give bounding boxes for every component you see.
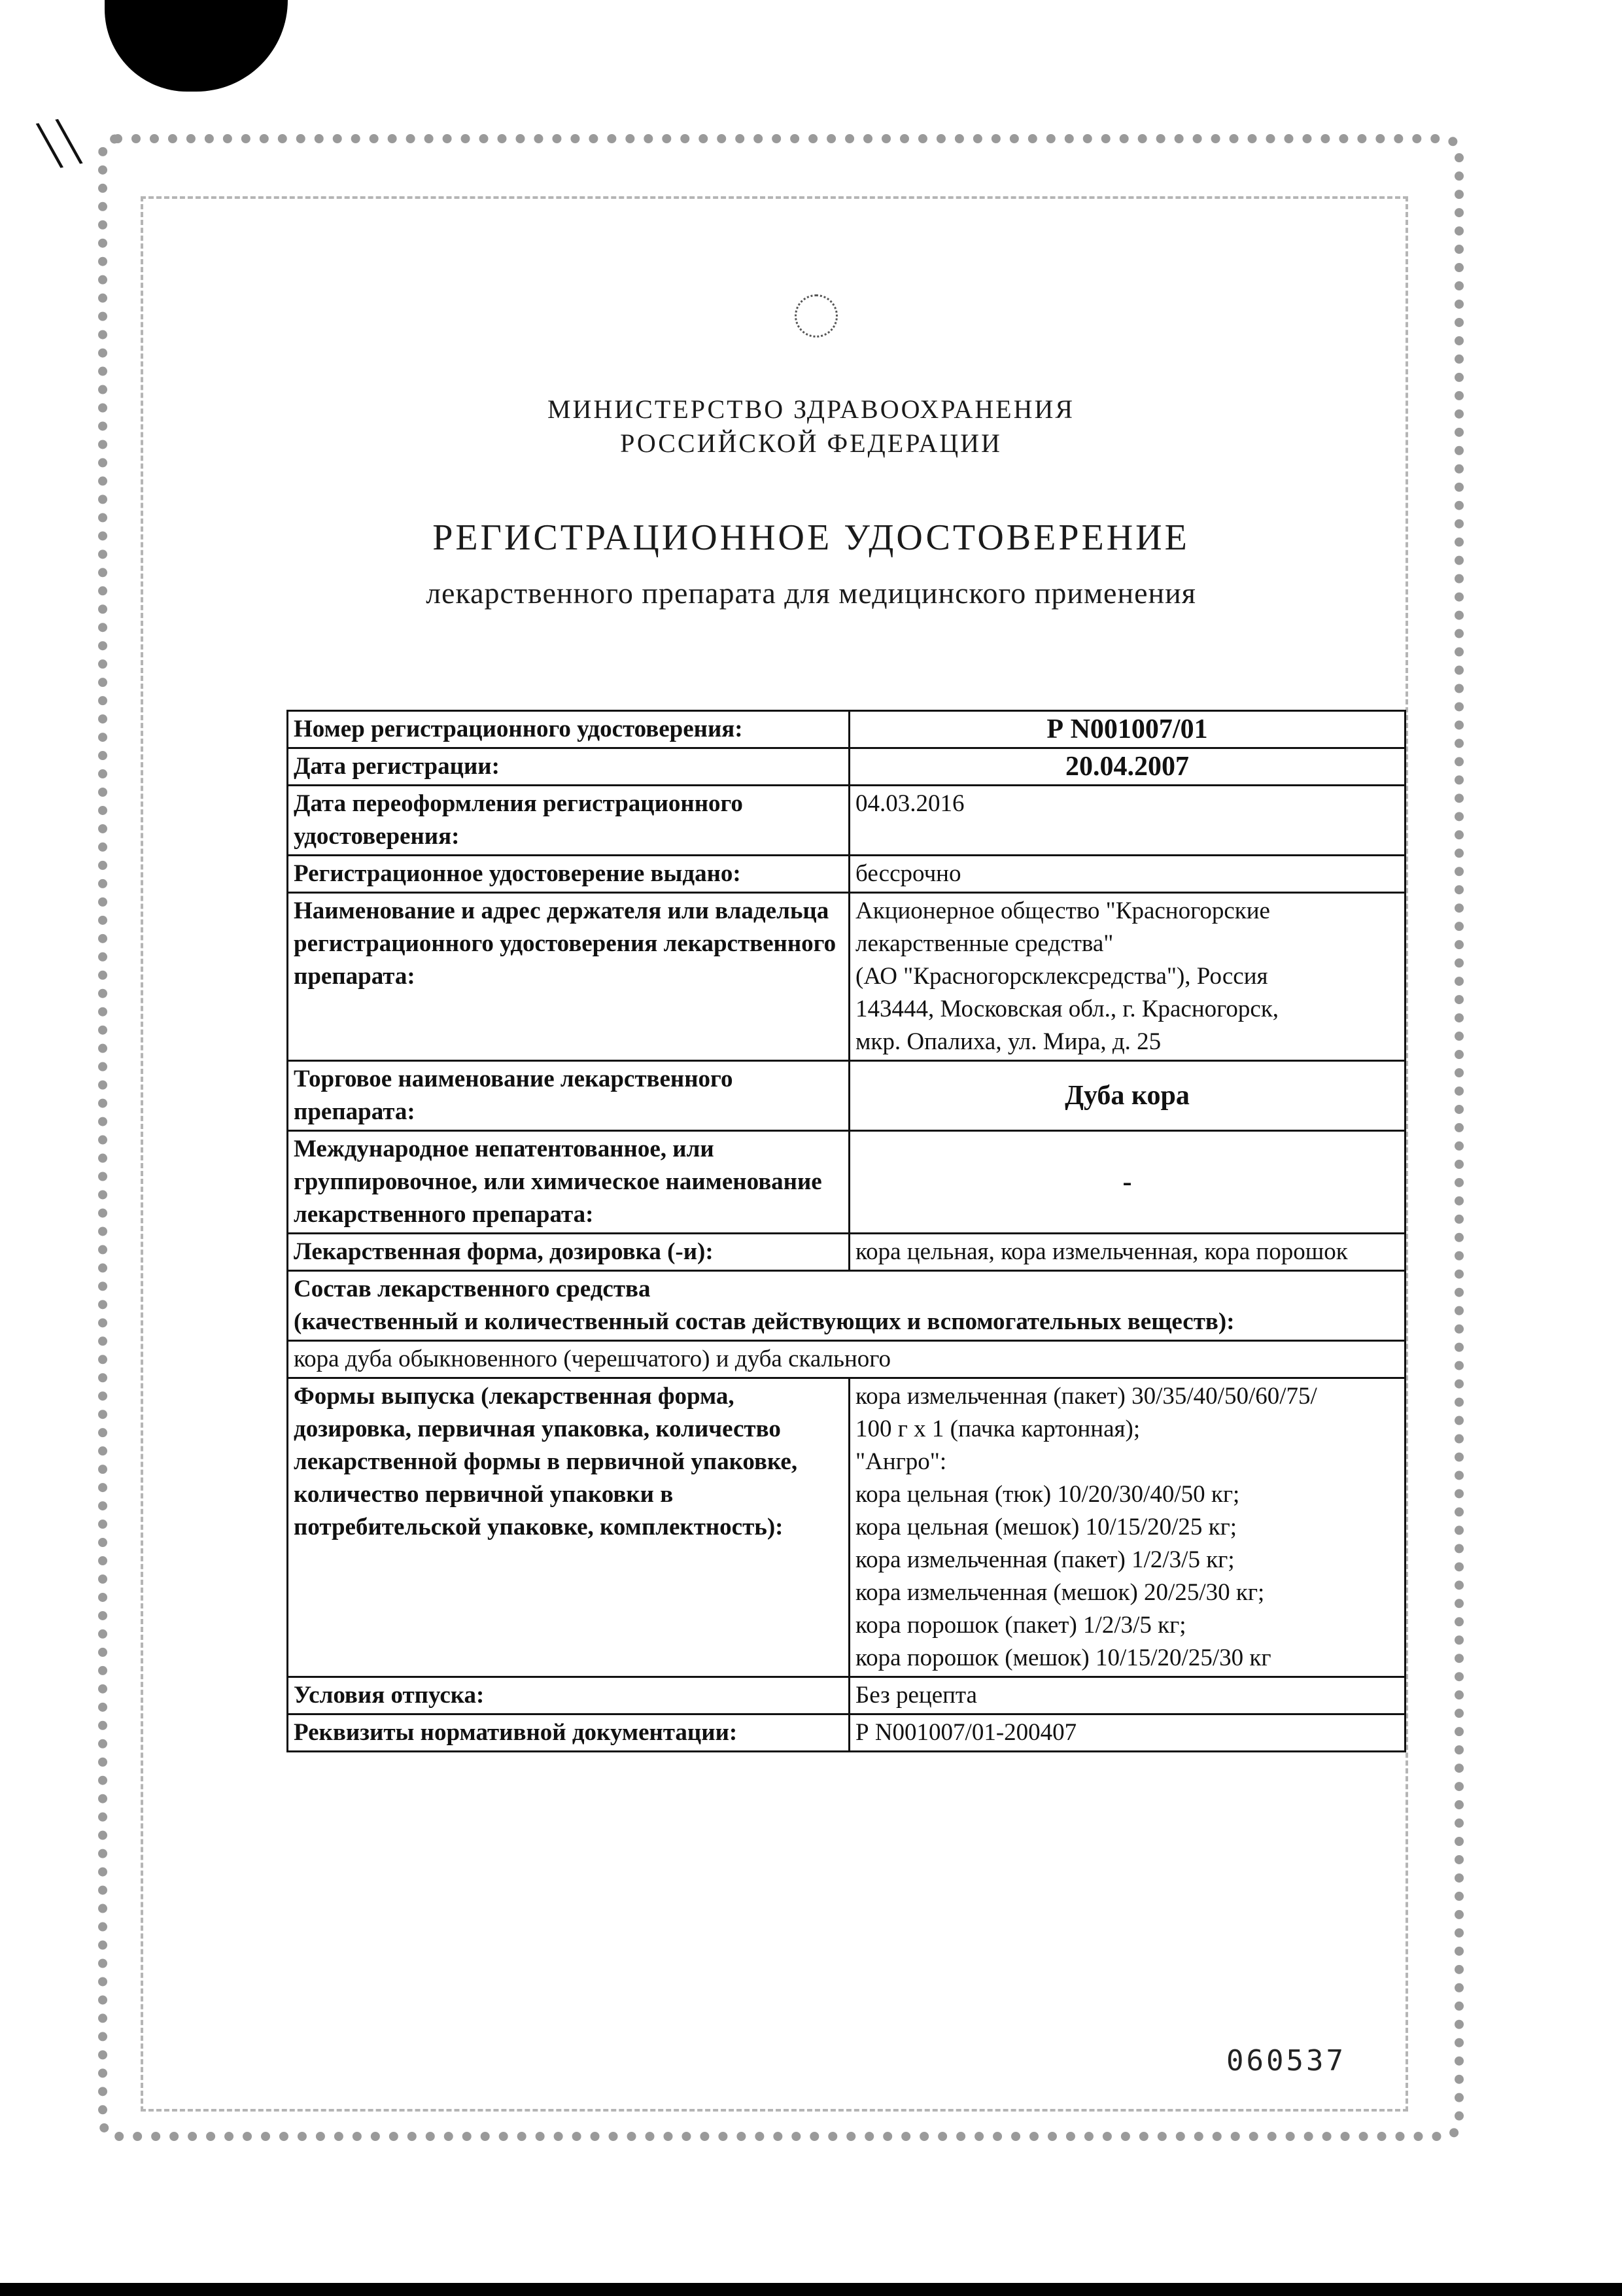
- release-form-line: кора цельная (мешок) 10/15/20/25 кг;: [855, 1511, 1399, 1544]
- release-form-line: кора цельная (тюк) 10/20/30/40/50 кг;: [855, 1478, 1399, 1511]
- row-inn: Международное непатентованное, или групп…: [288, 1131, 1406, 1234]
- label: Дата переоформления регистрационного удо…: [288, 786, 850, 856]
- label: Формы выпуска (лекарственная форма, дози…: [288, 1378, 850, 1677]
- row-reg-date: Дата регистрации: 20.04.2007: [288, 748, 1406, 786]
- holder-line: Акционерное общество "Красногорские: [855, 895, 1399, 928]
- row-reissue-date: Дата переоформления регистрационного удо…: [288, 786, 1406, 856]
- document-title: РЕГИСТРАЦИОННОЕ УДОСТОВЕРЕНИЕ: [0, 517, 1622, 559]
- reg-date-value: 20.04.2007: [850, 748, 1406, 786]
- document-subtitle: лекарственного препарата для медицинског…: [0, 576, 1622, 610]
- holder-line: мкр. Опалиха, ул. Мира, д. 25: [855, 1026, 1399, 1058]
- trade-name-value: Дуба кора: [850, 1061, 1406, 1131]
- row-dosage-form: Лекарственная форма, дозировка (-и): кор…: [288, 1234, 1406, 1271]
- ministry-line-1: МИНИСТЕРСТВО ЗДРАВООХРАНЕНИЯ: [0, 392, 1622, 426]
- label: Условия отпуска:: [288, 1677, 850, 1714]
- release-form-line: 100 г х 1 (пачка картонная);: [855, 1413, 1399, 1446]
- normative-doc-value: Р N001007/01-200407: [850, 1714, 1406, 1752]
- holder-line: 143444, Московская обл., г. Красногорск,: [855, 993, 1399, 1026]
- release-form-line: кора порошок (пакет) 1/2/3/5 кг;: [855, 1609, 1399, 1642]
- label: Регистрационное удостоверение выдано:: [288, 856, 850, 893]
- ministry-name: МИНИСТЕРСТВО ЗДРАВООХРАНЕНИЯ РОССИЙСКОЙ …: [0, 392, 1622, 461]
- registration-table: Номер регистрационного удостоверения: Р …: [286, 710, 1406, 1752]
- handwritten-mark: \\: [33, 105, 86, 180]
- serial-number: 060537: [1226, 2044, 1346, 2078]
- dosage-form-value: кора цельная, кора измельченная, кора по…: [850, 1234, 1406, 1271]
- row-composition-label: Состав лекарственного средства (качестве…: [288, 1271, 1406, 1341]
- scan-artifact: [105, 0, 288, 92]
- row-issued-for: Регистрационное удостоверение выдано: бе…: [288, 856, 1406, 893]
- row-holder: Наименование и адрес держателя или владе…: [288, 893, 1406, 1061]
- row-release-forms: Формы выпуска (лекарственная форма, дози…: [288, 1378, 1406, 1677]
- label: Номер регистрационного удостоверения:: [288, 711, 850, 748]
- composition-label-line-2: (качественный и количественный состав де…: [294, 1306, 1399, 1338]
- label: Дата регистрации:: [288, 748, 850, 786]
- dispensing-value: Без рецепта: [850, 1677, 1406, 1714]
- label: Наименование и адрес держателя или владе…: [288, 893, 850, 1061]
- row-dispensing: Условия отпуска: Без рецепта: [288, 1677, 1406, 1714]
- ministry-line-2: РОССИЙСКОЙ ФЕДЕРАЦИИ: [0, 426, 1622, 461]
- release-form-line: "Ангро":: [855, 1446, 1399, 1478]
- reg-number-value: Р N001007/01: [850, 711, 1406, 748]
- row-composition-value: кора дуба обыкновенного (черешчатого) и …: [288, 1341, 1406, 1378]
- scan-edge: [0, 2283, 1622, 2296]
- label: Торговое наименование лекарственного пре…: [288, 1061, 850, 1131]
- release-form-line: кора измельченная (мешок) 20/25/30 кг;: [855, 1576, 1399, 1609]
- release-form-line: кора измельченная (пакет) 30/35/40/50/60…: [855, 1380, 1399, 1413]
- label: Международное непатентованное, или групп…: [288, 1131, 850, 1234]
- release-form-line: кора порошок (мешок) 10/15/20/25/30 кг: [855, 1642, 1399, 1675]
- label: Реквизиты нормативной документации:: [288, 1714, 850, 1752]
- inn-value: -: [850, 1131, 1406, 1234]
- issued-for-value: бессрочно: [850, 856, 1406, 893]
- composition-label: Состав лекарственного средства (качестве…: [288, 1271, 1406, 1341]
- row-trade-name: Торговое наименование лекарственного пре…: [288, 1061, 1406, 1131]
- row-reg-number: Номер регистрационного удостоверения: Р …: [288, 711, 1406, 748]
- holder-line: лекарственные средства": [855, 928, 1399, 960]
- state-emblem-icon: [795, 294, 838, 338]
- row-normative-doc: Реквизиты нормативной документации: Р N0…: [288, 1714, 1406, 1752]
- reissue-date-value: 04.03.2016: [850, 786, 1406, 856]
- release-forms-value: кора измельченная (пакет) 30/35/40/50/60…: [850, 1378, 1406, 1677]
- holder-value: Акционерное общество "Красногорские лека…: [850, 893, 1406, 1061]
- composition-value: кора дуба обыкновенного (черешчатого) и …: [288, 1341, 1406, 1378]
- composition-label-line-1: Состав лекарственного средства: [294, 1273, 1399, 1306]
- release-form-line: кора измельченная (пакет) 1/2/3/5 кг;: [855, 1544, 1399, 1576]
- label: Лекарственная форма, дозировка (-и):: [288, 1234, 850, 1271]
- holder-line: (АО "Красногорсклексредства"), Россия: [855, 960, 1399, 993]
